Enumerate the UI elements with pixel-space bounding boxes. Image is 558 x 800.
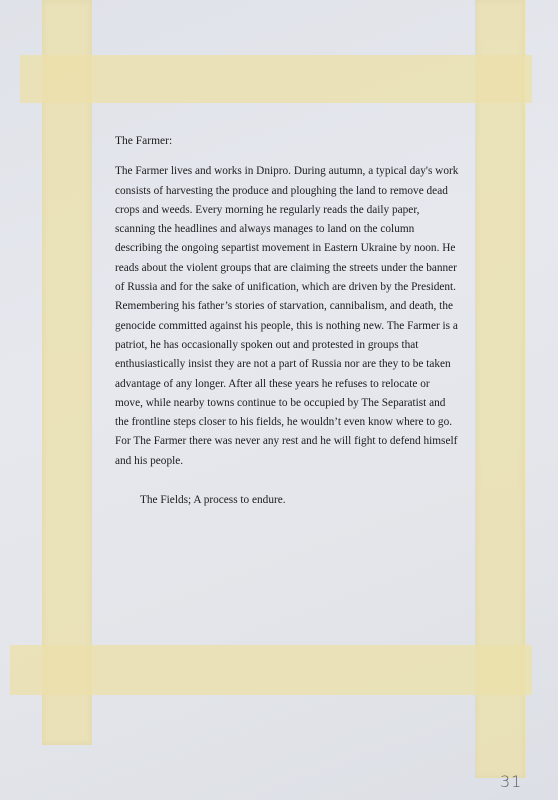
printed-text-block: The Farmer: The Farmer lives and works i… (115, 132, 460, 510)
document-heading: The Farmer: (115, 132, 460, 151)
handwritten-page-number: 31 (500, 772, 522, 791)
masking-tape-bottom (10, 645, 532, 695)
masking-tape-left (42, 0, 92, 745)
document-paragraph: The Farmer lives and works in Dnipro. Du… (115, 162, 460, 471)
taped-paper-sheet: The Farmer: The Farmer lives and works i… (0, 0, 558, 800)
masking-tape-top (20, 55, 532, 103)
document-closing-line: The Fields; A process to endure. (140, 491, 460, 510)
